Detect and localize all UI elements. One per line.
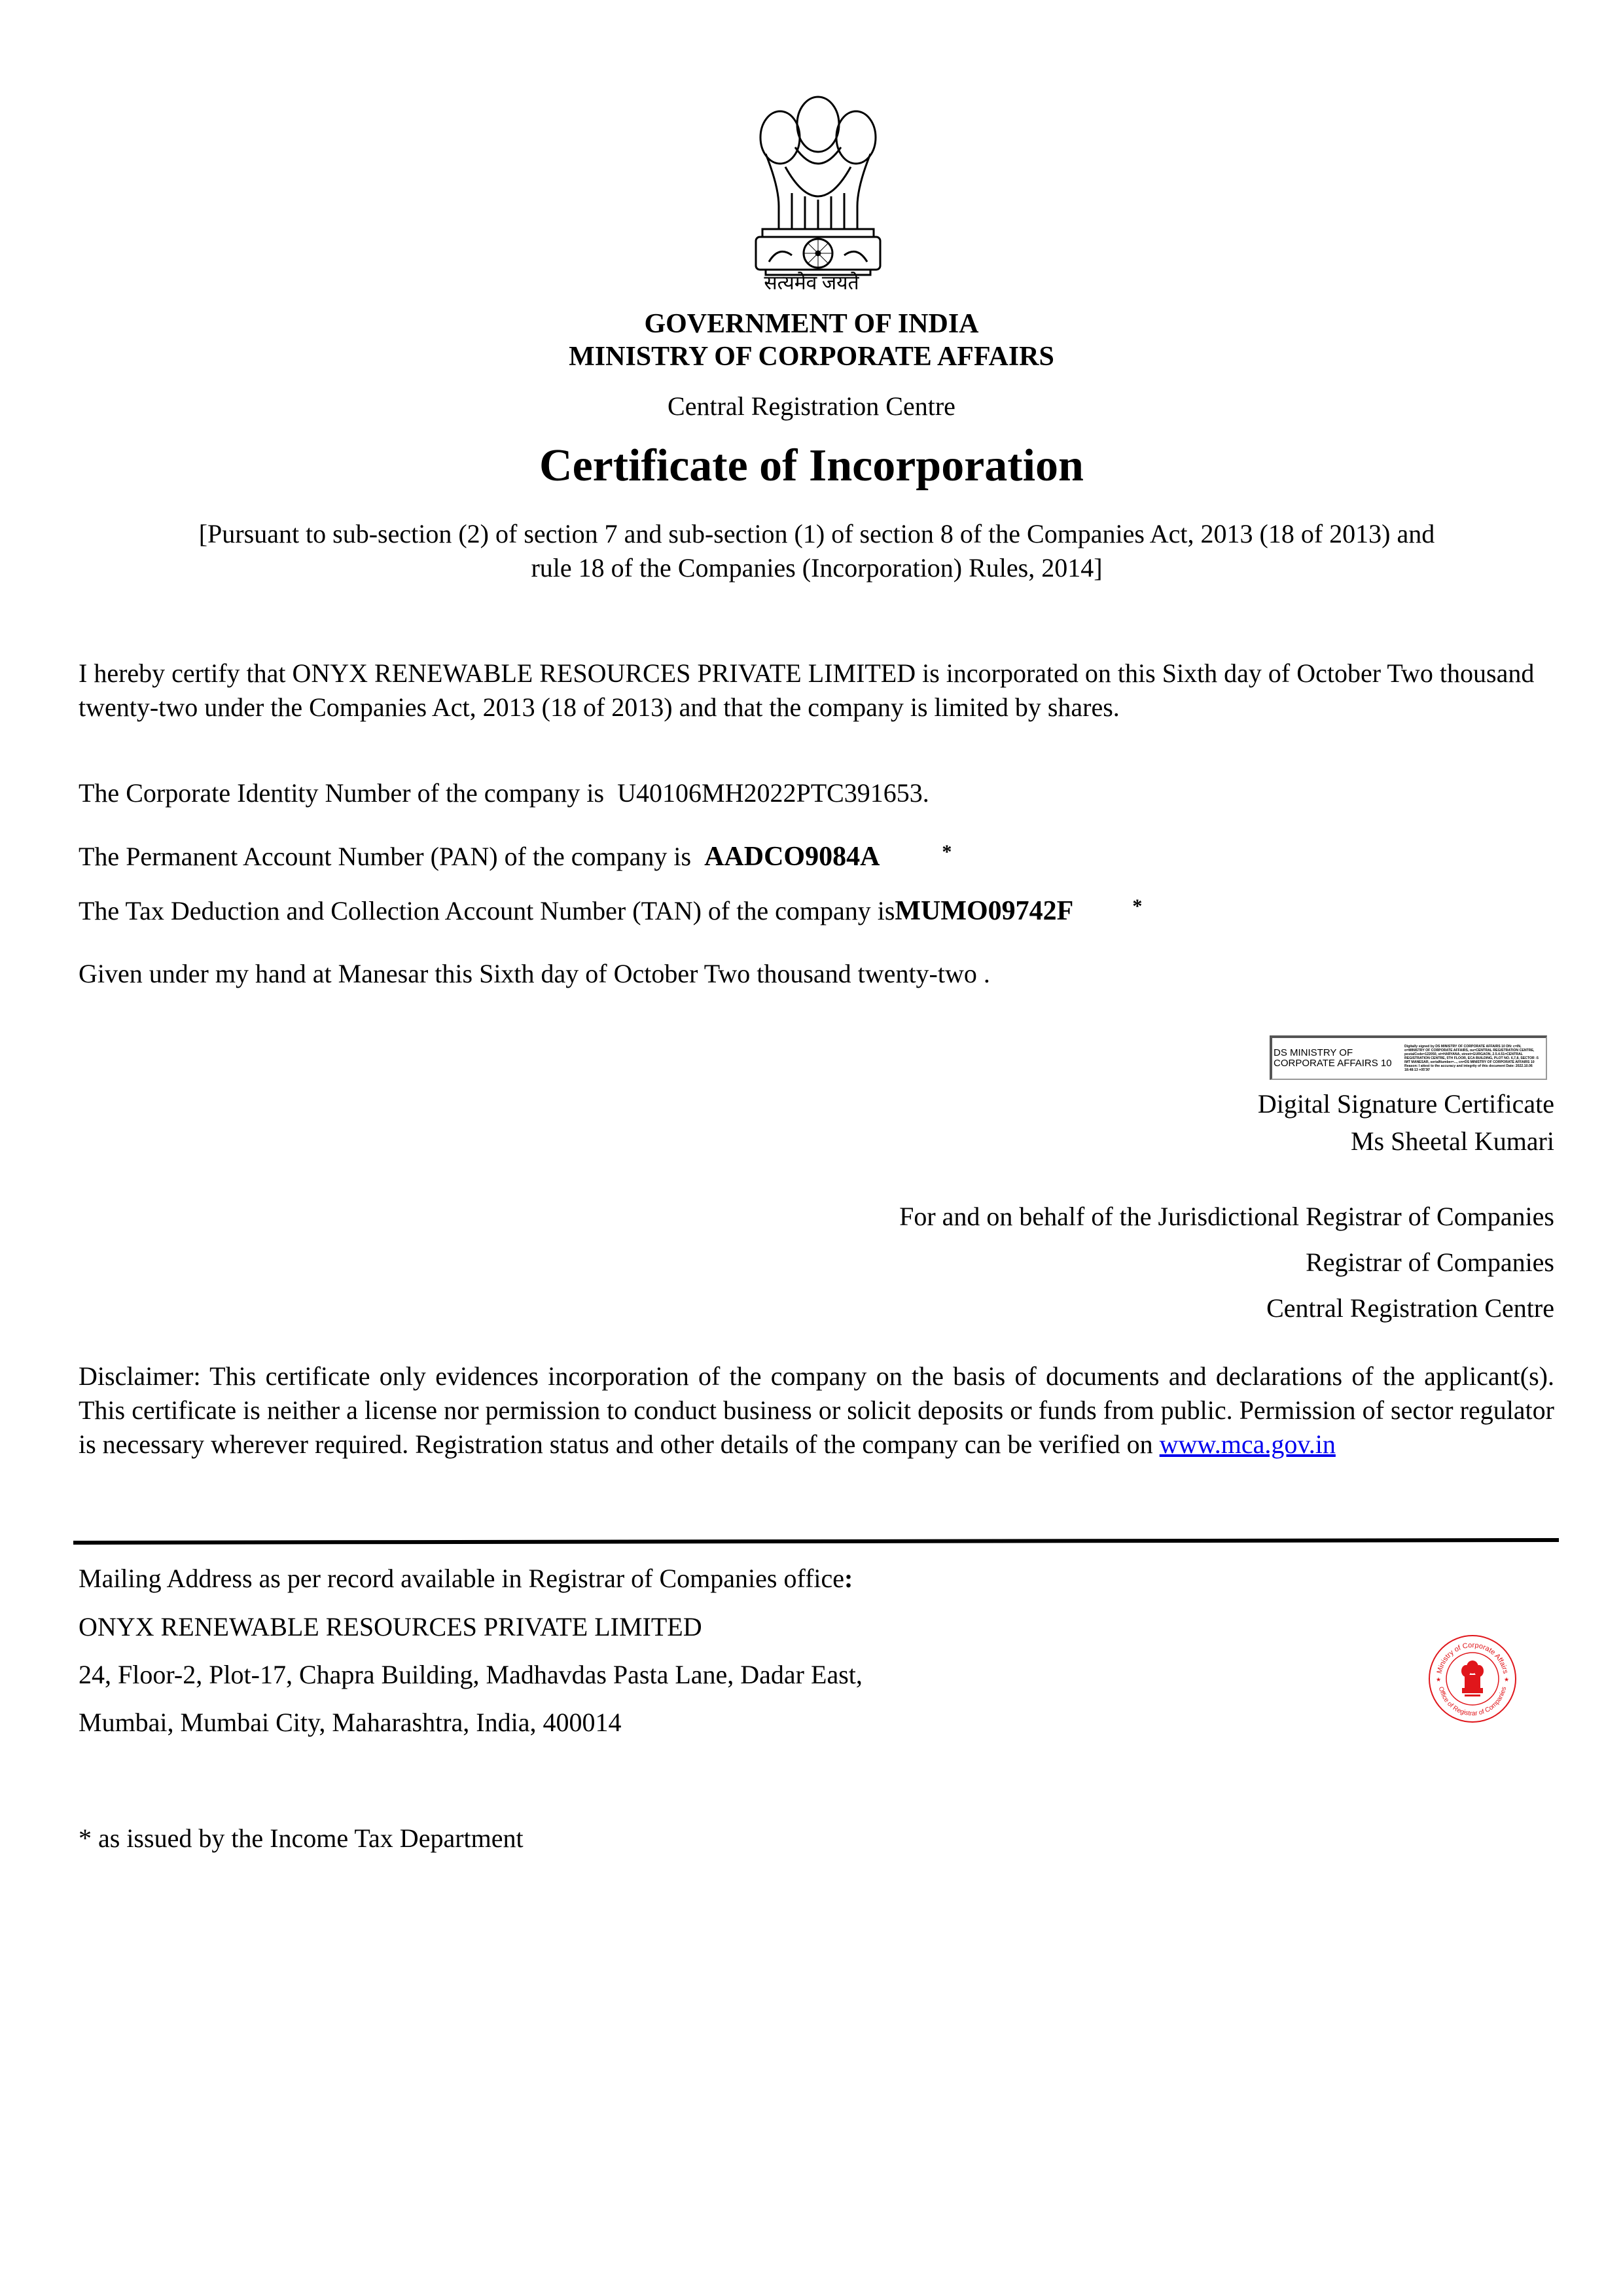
- given-line: Given under my hand at Manesar this Sixt…: [79, 958, 990, 989]
- mailing-address-line-1: 24, Floor-2, Plot-17, Chapra Building, M…: [79, 1659, 863, 1690]
- mailing-label-colon: :: [844, 1564, 853, 1593]
- tan-value: MUMO09742F: [895, 896, 1073, 926]
- pursuant-line-2: rule 18 of the Companies (Incorporation)…: [77, 551, 1556, 585]
- behalf-line: For and on behalf of the Jurisdictional …: [899, 1201, 1554, 1232]
- disclaimer-paragraph: Disclaimer: This certificate only eviden…: [79, 1359, 1554, 1462]
- digital-signature-stamp[interactable]: DS MINISTRY OF CORPORATE AFFAIRS 10 Digi…: [1270, 1035, 1547, 1080]
- footnote-text: as issued by the Income Tax Department: [98, 1823, 524, 1853]
- footnote: * as issued by the Income Tax Department: [79, 1823, 524, 1854]
- cin-label: The Corporate Identity Number of the com…: [79, 778, 604, 808]
- pan-line: The Permanent Account Number (PAN) of th…: [79, 841, 952, 872]
- ministry-heading: MINISTRY OF CORPORATE AFFAIRS: [0, 340, 1623, 373]
- page-title: Certificate of Incorporation: [0, 440, 1623, 492]
- tan-line: The Tax Deduction and Collection Account…: [79, 895, 1142, 927]
- registrar-centre-line: Central Registration Centre: [1266, 1293, 1554, 1323]
- svg-text:★: ★: [1504, 1676, 1509, 1683]
- roc-seal-icon: Ministry of Corporate Affairs Office of …: [1427, 1633, 1518, 1725]
- mca-website-link[interactable]: www.mca.gov.in: [1160, 1429, 1336, 1459]
- cin-line: The Corporate Identity Number of the com…: [79, 778, 929, 808]
- motto-text: सत्यमेव जयते: [0, 268, 1623, 295]
- signature-stamp-details: Digitally signed by DS MINISTRY OF CORPO…: [1404, 1045, 1542, 1072]
- svg-text:★: ★: [1436, 1676, 1441, 1683]
- certify-paragraph: I hereby certify that ONYX RENEWABLE RES…: [79, 656, 1554, 725]
- mailing-label: Mailing Address as per record available …: [79, 1563, 853, 1594]
- dsc-label: Digital Signature Certificate: [1258, 1088, 1554, 1119]
- pan-label: The Permanent Account Number (PAN) of th…: [79, 842, 691, 871]
- signature-stamp-name: DS MINISTRY OF CORPORATE AFFAIRS 10: [1272, 1048, 1404, 1069]
- mailing-address-line-2: Mumbai, Mumbai City, Maharashtra, India,…: [79, 1707, 622, 1738]
- registrar-line: Registrar of Companies: [1306, 1247, 1554, 1278]
- footnote-star: *: [79, 1823, 92, 1853]
- pan-value: AADCO9084A: [704, 842, 880, 872]
- section-divider: [73, 1538, 1559, 1545]
- govt-heading: GOVERNMENT OF INDIA: [0, 308, 1623, 340]
- signer-name: Ms Sheetal Kumari: [1351, 1126, 1554, 1157]
- tan-footnote-star: *: [1132, 895, 1142, 917]
- tan-label: The Tax Deduction and Collection Account…: [79, 896, 895, 925]
- cin-value: U40106MH2022PTC391653.: [617, 778, 929, 808]
- pursuant-line-1: [Pursuant to sub-section (2) of section …: [77, 517, 1556, 551]
- mailing-company: ONYX RENEWABLE RESOURCES PRIVATE LIMITED: [79, 1611, 702, 1642]
- mailing-label-text: Mailing Address as per record available …: [79, 1564, 844, 1593]
- national-emblem-icon: [740, 75, 897, 301]
- centre-subheading: Central Registration Centre: [0, 391, 1623, 422]
- pursuant-clause: [Pursuant to sub-section (2) of section …: [77, 517, 1556, 585]
- pan-footnote-star: *: [942, 841, 952, 863]
